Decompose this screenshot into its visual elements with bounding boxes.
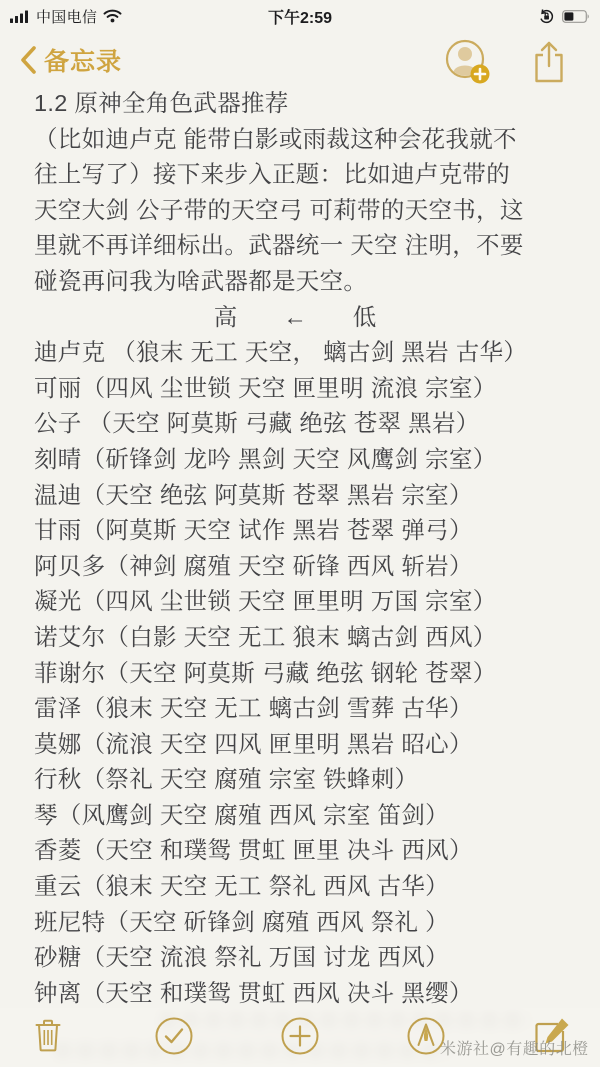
character-weapon-row: 阿贝多（神剑 腐殖 天空 斫锋 西风 斩岩） <box>34 549 586 585</box>
note-paragraph-line: 里就不再详细标出。武器统一 天空 注明，不要 <box>34 228 586 264</box>
character-weapon-row: 温迪（天空 绝弦 阿莫斯 苍翠 黑岩 宗室） <box>34 478 586 514</box>
character-weapon-row: 莫娜（流浪 天空 四风 匣里明 黑岩 昭心） <box>34 727 586 763</box>
new-note-button[interactable] <box>530 1014 574 1058</box>
back-label: 备忘录 <box>44 42 122 78</box>
cellular-signal-icon <box>10 10 30 23</box>
notes-app-screen: 中国电信 下午2:59 <box>0 0 600 1067</box>
collaborate-button[interactable] <box>444 38 492 86</box>
header: 备忘录 <box>0 36 600 88</box>
trash-icon <box>34 1019 62 1052</box>
character-weapon-row: 重云（狼末 天空 无工 祭礼 西风 古华） <box>34 869 586 905</box>
carrier-label: 中国电信 <box>36 6 97 27</box>
character-weapon-row: 可丽（四风 尘世锁 天空 匣里明 流浪 宗室） <box>34 371 586 407</box>
scale-arrow: ← <box>283 300 307 336</box>
orientation-lock-icon <box>538 8 555 25</box>
note-paragraph-line: （比如迪卢克 能带白影或雨裁这种会花我就不 <box>34 122 586 158</box>
character-weapon-row: 凝光（四风 尘世锁 天空 匣里明 万国 宗室） <box>34 584 586 620</box>
note-paragraph-line: 往上写了）接下来步入正题：比如迪卢克带的 <box>34 157 586 193</box>
character-weapon-row: 刻晴（斫锋剑 龙吟 黑剑 天空 风鹰剑 宗室） <box>34 442 586 478</box>
character-weapon-row: 公子 （天空 阿莫斯 弓藏 绝弦 苍翠 黑岩） <box>34 406 586 442</box>
delete-note-button[interactable] <box>26 1014 70 1058</box>
character-weapon-row: 甘雨（阿莫斯 天空 试作 黑岩 苍翠 弹弓） <box>34 513 586 549</box>
character-weapon-row: 行秋（祭礼 天空 腐殖 宗室 铁蜂刺） <box>34 762 586 798</box>
plus-icon <box>280 1016 320 1056</box>
character-weapon-row: 雷泽（狼末 天空 无工 螭古剑 雪葬 古华） <box>34 691 586 727</box>
compose-icon <box>532 1016 572 1056</box>
share-button[interactable] <box>532 40 568 86</box>
character-weapon-row: 香菱（天空 和璞鸳 贯虹 匣里 决斗 西风） <box>34 833 586 869</box>
character-weapon-row: 迪卢克 （狼末 无工 天空， 螭古剑 黑岩 古华） <box>34 335 586 371</box>
character-weapon-row: 班尼特（天空 斫锋剑 腐殖 西风 祭礼 ） <box>34 905 586 941</box>
checklist-icon <box>154 1016 194 1056</box>
back-button[interactable]: 备忘录 <box>20 42 122 78</box>
bottom-toolbar <box>0 1008 600 1067</box>
markup-pen-icon <box>406 1016 446 1056</box>
note-body[interactable]: 1.2 原神全角色武器推荐 （比如迪卢克 能带白影或雨裁这种会花我就不 往上写了… <box>34 86 586 1067</box>
character-weapon-row: 菲谢尔（天空 阿莫斯 弓藏 绝弦 钢轮 苍翠） <box>34 656 586 692</box>
wifi-icon <box>103 9 122 23</box>
back-chevron-icon <box>20 45 37 75</box>
scale-high-label: 高 <box>214 300 238 336</box>
share-icon <box>532 40 568 84</box>
note-title: 1.2 原神全角色武器推荐 <box>34 86 586 122</box>
character-weapon-row: 砂糖（天空 流浪 祭礼 万国 讨龙 西风） <box>34 940 586 976</box>
markup-button[interactable] <box>404 1014 448 1058</box>
character-weapon-row: 诺艾尔（白影 天空 无工 狼末 螭古剑 西风） <box>34 620 586 656</box>
note-paragraph-line: 碰瓷再问我为啥武器都是天空。 <box>34 264 586 300</box>
priority-scale-line: 高 ← 低 <box>34 300 556 336</box>
add-people-icon <box>444 38 492 86</box>
character-weapon-row: 琴（风鹰剑 天空 腐殖 西风 宗室 笛剑） <box>34 798 586 834</box>
scale-low-label: 低 <box>353 300 377 336</box>
add-button[interactable] <box>278 1014 322 1058</box>
note-paragraph-line: 天空大剑 公子带的天空弓 可莉带的天空书，这 <box>34 193 586 229</box>
battery-icon <box>562 10 590 23</box>
checklist-button[interactable] <box>152 1014 196 1058</box>
status-bar: 中国电信 下午2:59 <box>0 0 600 32</box>
